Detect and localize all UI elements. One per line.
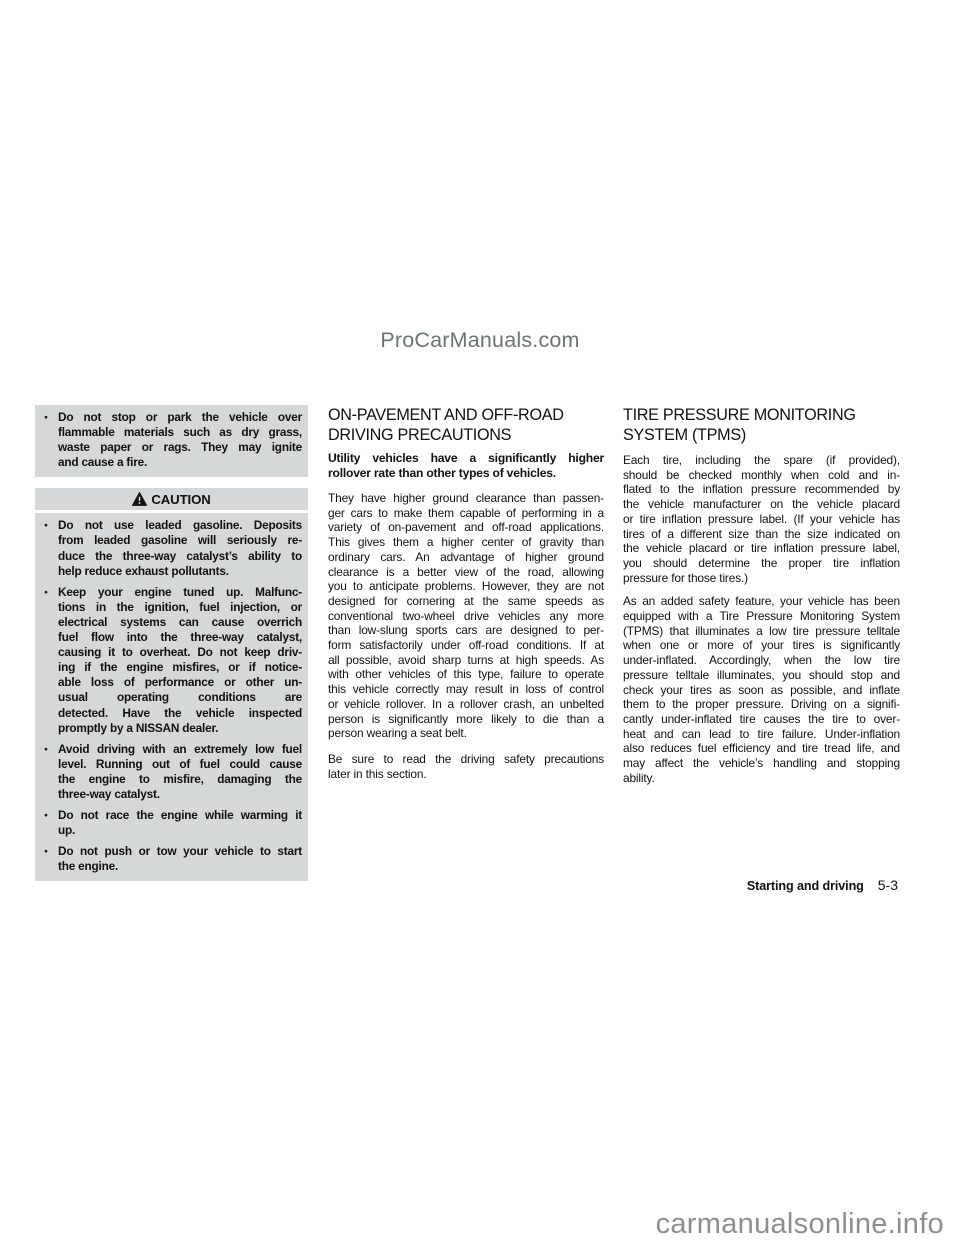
bullet-icon: ● [44,742,58,802]
bullet-item: ●Keep your engine tuned up. Malfunc-tion… [35,585,308,736]
text-line: check your tires as soon as possible, an… [623,683,900,698]
text-line: the engine. [58,859,302,874]
text-line: person is significantly more likely to d… [328,712,604,727]
bullet-text: Keep your engine tuned up. Malfunc-tions… [58,585,308,736]
text-line: tires of a different size than the size … [623,527,900,542]
text-line: Avoid driving with an extremely low fuel [58,742,302,757]
bullet-item: ●Do not push or tow your vehicle to star… [35,844,308,874]
text-line: ON-PAVEMENT AND OFF-ROAD [328,405,604,425]
text-line: than low-slung sports cars are designed … [328,623,604,638]
text-line: also reduces fuel efficiency and tire tr… [623,741,900,756]
text-line: the engine to misfire, damaging the [58,772,302,787]
text-line: This gives them a higher center of gravi… [328,535,604,550]
paragraph: They have higher ground clearance than p… [328,491,604,741]
footer-page-number: 5-3 [878,877,898,893]
text-line: ordinary cars. An advantage of higher gr… [328,550,604,565]
watermark-procarmanuals: ProCarManuals.com [0,328,960,353]
caution-box: ●Do not use leaded gasoline. Depositsfro… [35,513,308,881]
lead-paragraph: Utility vehicles have a significantly hi… [328,451,604,481]
text-line: cantly under-inflated tire causes the ti… [623,712,900,727]
left-column: ●Do not stop or park the vehicle overfla… [35,405,308,881]
text-line: Do not race the engine while warming it [58,808,302,823]
text-line: They have higher ground clearance than p… [328,491,604,506]
text-line: ger cars to make them capable of perform… [328,506,604,521]
manual-page: ProCarManuals.com ●Do not stop or park t… [0,0,960,1242]
paragraph: Each tire, including the spare (if provi… [623,453,900,585]
text-line: them to the proper pressure. Driving on … [623,697,900,712]
text-line: person wearing a seat belt. [328,726,604,741]
text-line: able loss of performance or other un- [58,675,302,690]
right-column: TIRE PRESSURE MONITORINGSYSTEM (TPMS) Ea… [623,405,900,785]
text-line: and cause a fire. [58,455,302,470]
text-line: fuel flow into the three-way catalyst, [58,630,302,645]
text-line: heat and can lead to tire failure. Under… [623,727,900,742]
paragraph: As an added safety feature, your vehicle… [623,594,900,785]
text-line: electrical systems can cause overrich [58,615,302,630]
text-line: or vehicle rollover. In a rollover crash… [328,697,604,712]
text-line: when one or more of your tires is signif… [623,638,900,653]
text-line: clearance is a better view of the road, … [328,565,604,580]
text-line: tions in the ignition, fuel injection, o… [58,600,302,615]
text-line: up. [58,823,302,838]
text-line: usual operating conditions are [58,690,302,705]
text-line: conventional two-wheel drive vehicles an… [328,609,604,624]
text-line: flammable materials such as dry grass, [58,425,302,440]
text-line: flated to the inflation pressure recomme… [623,482,900,497]
paragraph: Be sure to read the driving safety preca… [328,752,604,781]
bullet-icon: ● [44,808,58,838]
text-line: rollover rate than other types of vehicl… [328,466,604,481]
text-line: you to anticipate problems. However, the… [328,579,604,594]
caution-title: CAUTION [151,492,210,507]
bullet-item: ●Do not use leaded gasoline. Depositsfro… [35,518,308,578]
text-line: SYSTEM (TPMS) [623,425,900,445]
text-line: equipped with a Tire Pressure Monitoring… [623,609,900,624]
text-line: Each tire, including the spare (if provi… [623,453,900,468]
text-line: should be checked monthly when cold and … [623,468,900,483]
text-line: you should determine the proper tire inf… [623,556,900,571]
text-line: the vehicle manufacturer on the vehicle … [623,497,900,512]
bullet-text: Do not race the engine while warming itu… [58,808,308,838]
text-line: help reduce exhaust pollutants. [58,564,302,579]
text-line: DRIVING PRECAUTIONS [328,425,604,445]
text-line: all possible, avoid sharp turns at high … [328,653,604,668]
text-line: Do not stop or park the vehicle over [58,410,302,425]
text-line: promptly by a NISSAN dealer. [58,721,302,736]
text-line: Be sure to read the driving safety preca… [328,752,604,767]
bullet-icon: ● [44,844,58,874]
bullet-icon: ● [44,518,58,578]
text-line: with other vehicles of this type, failur… [328,667,604,682]
text-line: or tire inflation pressure label. (If yo… [623,512,900,527]
bullet-icon: ● [44,410,58,470]
text-line: causing it to overheat. Do not keep driv… [58,645,302,660]
text-line: pressure for those tires.) [623,571,900,586]
text-line: may affect the vehicle’s handling and st… [623,756,900,771]
text-line: ability. [623,771,900,786]
text-line: variety of on-pavement and off-road appl… [328,520,604,535]
bullet-item: ●Do not race the engine while warming it… [35,808,308,838]
bullet-text: Do not push or tow your vehicle to start… [58,844,308,874]
bullet-icon: ● [44,585,58,736]
middle-column: ON-PAVEMENT AND OFF-ROADDRIVING PRECAUTI… [328,405,604,781]
text-line: Do not use leaded gasoline. Deposits [58,518,302,533]
text-line: under-inflated. Accordingly, when the lo… [623,653,900,668]
page-footer: Starting and driving 5-3 [747,877,898,893]
warning-triangle-icon [132,492,147,506]
text-line: designed for cornering at the same speed… [328,594,604,609]
text-line: later in this section. [328,767,604,782]
text-line: As an added safety feature, your vehicle… [623,594,900,609]
text-line: this vehicle correctly may result in los… [328,682,604,697]
text-line: TIRE PRESSURE MONITORING [623,405,900,425]
bullet-text: Avoid driving with an extremely low fuel… [58,742,308,802]
text-line: the vehicle placard or tire inflation pr… [623,541,900,556]
text-line: pressure telltale illuminates, you shoul… [623,668,900,683]
section-heading-on-pavement: ON-PAVEMENT AND OFF-ROADDRIVING PRECAUTI… [328,405,604,445]
text-line: from leaded gasoline will seriously re- [58,533,302,548]
footer-section-label: Starting and driving [747,879,864,893]
section-heading-tpms: TIRE PRESSURE MONITORINGSYSTEM (TPMS) [623,405,900,445]
bullet-item: ●Do not stop or park the vehicle overfla… [35,410,308,470]
text-line: level. Running out of fuel could cause [58,757,302,772]
text-line: Keep your engine tuned up. Malfunc- [58,585,302,600]
bullet-text: Do not stop or park the vehicle overflam… [58,410,308,470]
text-line: ing if the engine misfires, or if notice… [58,660,302,675]
text-line: (TPMS) that illuminates a low tire press… [623,624,900,639]
text-line: duce the three-way catalyst’s ability to [58,549,302,564]
text-line: Do not push or tow your vehicle to start [58,844,302,859]
text-line: Utility vehicles have a significantly hi… [328,451,604,466]
text-line: waste paper or rags. They may ignite [58,440,302,455]
text-line: three-way catalyst. [58,787,302,802]
bullet-item: ●Avoid driving with an extremely low fue… [35,742,308,802]
watermark-carmanualsonline: carmanualsonline.info [656,1208,944,1241]
text-line: detected. Have the vehicle inspected [58,706,302,721]
warning-box: ●Do not stop or park the vehicle overfla… [35,405,308,477]
bullet-text: Do not use leaded gasoline. Depositsfrom… [58,518,308,578]
text-line: form satisfactorily under off-road condi… [328,638,604,653]
caution-header: CAUTION [35,488,308,510]
